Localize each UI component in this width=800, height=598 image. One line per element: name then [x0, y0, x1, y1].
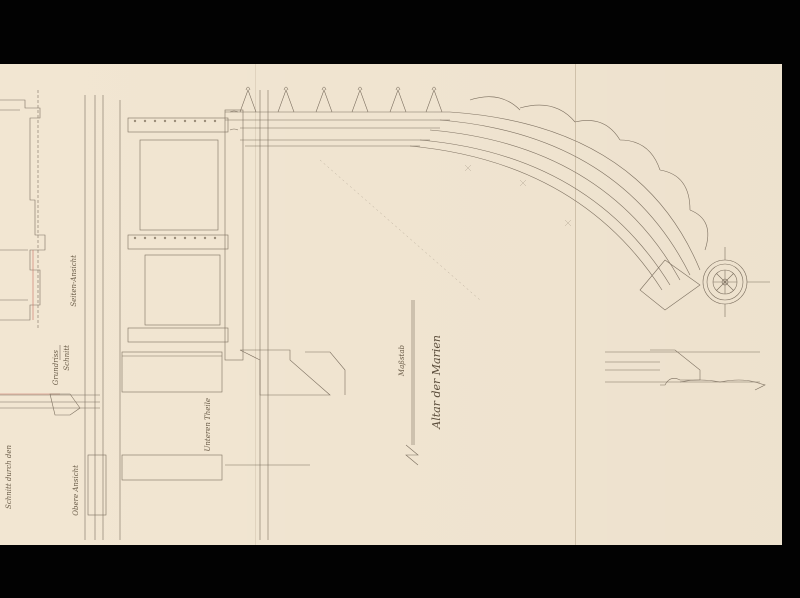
- detail-label: Schnitt durch den: [5, 445, 13, 509]
- right-profile: [605, 350, 765, 390]
- detail-label: Grundriss: [52, 350, 60, 385]
- scale-bar: [406, 300, 418, 465]
- detail-label: Unteren Theile: [204, 398, 212, 452]
- scale-label: Maßstab: [398, 345, 406, 376]
- top-cornice: [225, 112, 450, 146]
- detail-label: Obere Ansicht: [72, 465, 80, 516]
- drawing-title: Altar der Marien: [430, 335, 443, 429]
- rosette: [703, 247, 770, 317]
- architectural-drawing: [0, 0, 800, 598]
- left-section-drawing: [0, 90, 45, 330]
- altar-panels: [128, 110, 243, 360]
- section-label: Seiten-Ansicht: [70, 255, 78, 307]
- finials: [240, 87, 442, 112]
- detail-label: Schnitt: [63, 345, 71, 371]
- ornamented-arch: [410, 97, 708, 290]
